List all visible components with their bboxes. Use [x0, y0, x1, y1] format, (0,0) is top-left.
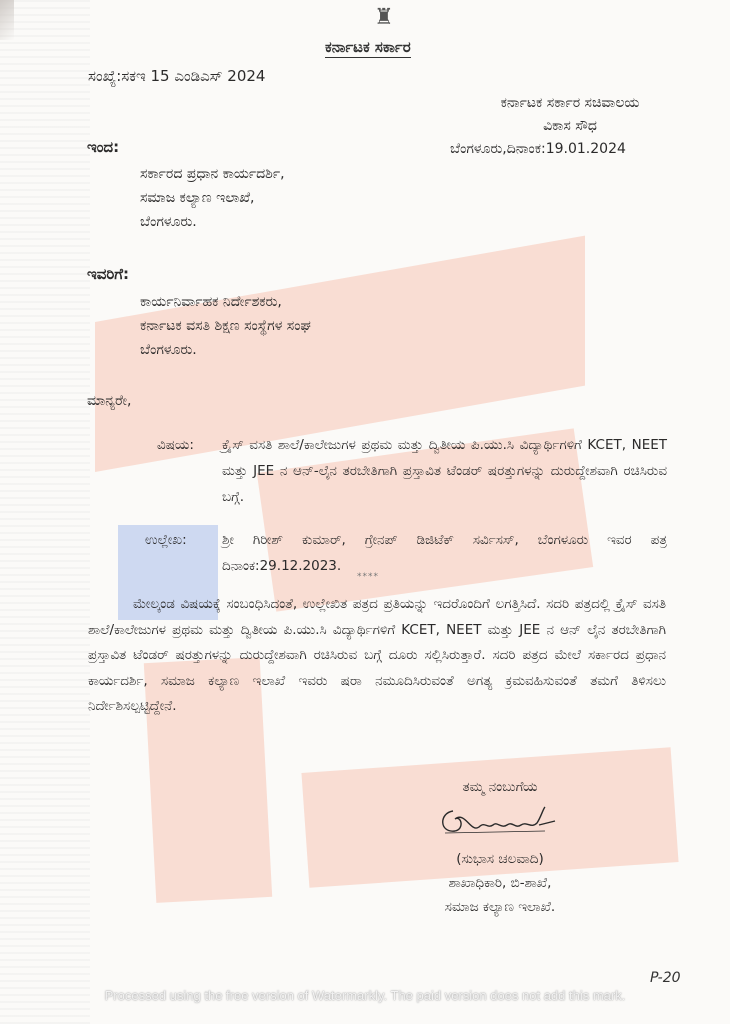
signatory-name: (ಸುಭಾಸ ಚಲವಾದಿ) — [400, 847, 600, 871]
page-corner-shadow — [0, 0, 14, 40]
to-line: ಕರ್ನಾಟಕ ವಸತಿ ಶಿಕ್ಷಣ ಸಂಸ್ಥೆಗಳ ಸಂಘ — [140, 314, 311, 338]
scan-edge-noise — [0, 0, 90, 1024]
reference-text: ಶ್ರೀ ಗಿರೀಶ್ ಕುಮಾರ್, ಗ್ರೇನಪ್ ಡಿಜಿಟೆಕ್ ಸರ್… — [222, 527, 667, 579]
from-label: ಇಂದ: — [87, 138, 119, 156]
to-address: ಕಾರ್ಯನಿರ್ವಾಹಕ ನಿರ್ದೇಶಕರು, ಕರ್ನಾಟಕ ವಸತಿ ಶ… — [140, 290, 311, 362]
watermark-text: Processed using the free version of Wate… — [0, 988, 730, 1003]
section-separator: **** — [357, 572, 379, 582]
from-line: ಸಮಾಜ ಕಲ್ಯಾಣ ಇಲಾಖೆ, — [140, 186, 285, 210]
page-annotation: P-20 — [650, 970, 681, 986]
from-address: ಸರ್ಕಾರದ ಪ್ರಧಾನ ಕಾರ್ಯದರ್ಶಿ, ಸಮಾಜ ಕಲ್ಯಾಣ ಇ… — [140, 162, 285, 234]
from-line: ಬೆಂಗಳೂರು. — [140, 210, 285, 234]
to-line: ಕಾರ್ಯನಿರ್ವಾಹಕ ನಿರ್ದೇಶಕರು, — [140, 290, 311, 314]
office-line-1: ಕರ್ನಾಟಕ ಸರ್ಕಾರ ಸಚಿವಾಲಯ — [450, 92, 690, 115]
letter-page: ♜ ಕರ್ನಾಟಕ ಸರ್ಕಾರ ಸಂಖ್ಯೆ:ಸಕಇ 15 ಎಂಡಿಎಸ್ 2… — [0, 0, 730, 1024]
subject-label: ವಿಷಯ: — [157, 432, 194, 458]
signatory-department: ಸಮಾಜ ಕಲ್ಯಾಣ ಇಲಾಖೆ. — [400, 895, 600, 919]
place-date: ಬೆಂಗಳೂರು,ದಿನಾಂಕ:19.01.2024 — [450, 138, 690, 161]
reference-row: ಉಲ್ಲೇಖ: ಶ್ರೀ ಗಿರೀಶ್ ಕುಮಾರ್, ಗ್ರೇನಪ್ ಡಿಜಿ… — [150, 527, 670, 583]
from-line: ಸರ್ಕಾರದ ಪ್ರಧಾನ ಕಾರ್ಯದರ್ಶಿ, — [140, 162, 285, 186]
signatory-designation: ಶಾಖಾಧಿಕಾರಿ, ಬಿ-ಶಾಖೆ, — [400, 871, 600, 895]
closing-text: ತಮ್ಮ ನಂಬುಗೆಯ — [400, 775, 600, 799]
reference-label: ಉಲ್ಲೇಖ: — [145, 527, 187, 553]
state-emblem-icon: ♜ — [368, 4, 400, 32]
salutation: ಮಾನ್ಯರೇ, — [87, 393, 131, 409]
office-address: ಕರ್ನಾಟಕ ಸರ್ಕಾರ ಸಚಿವಾಲಯ ವಿಕಾಸ ಸೌಧ ಬೆಂಗಳೂರ… — [450, 92, 690, 161]
to-line: ಬೆಂಗಳೂರು. — [140, 338, 311, 362]
handwritten-signature-icon — [435, 803, 565, 839]
signature-block: ತಮ್ಮ ನಂಬುಗೆಯ (ಸುಭಾಸ ಚಲವಾದಿ) ಶಾಖಾಧಿಕಾರಿ, … — [400, 775, 600, 919]
government-title: ಕರ್ನಾಟಕ ಸರ್ಕಾರ — [325, 38, 411, 58]
to-label: ಇವರಿಗೆ: — [87, 265, 129, 283]
body-paragraph: ಮೇಲ್ಕಂಡ ವಿಷಯಕ್ಕೆ ಸಂಬಂಧಿಸಿದಂತೆ, ಉಲ್ಲೇಖಿತ … — [88, 592, 666, 720]
reference-number: ಸಂಖ್ಯೆ:ಸಕಇ 15 ಎಂಡಿಎಸ್ 2024 — [88, 67, 265, 85]
subject-row: ವಿಷಯ: ಕ್ರೈಸ್ ವಸತಿ ಶಾಲೆ/ಕಾಲೇಜುಗಳ ಪ್ರಥಮ ಮತ… — [150, 432, 670, 542]
office-line-2: ವಿಕಾಸ ಸೌಧ — [450, 115, 690, 138]
subject-text: ಕ್ರೈಸ್ ವಸತಿ ಶಾಲೆ/ಕಾಲೇಜುಗಳ ಪ್ರಥಮ ಮತ್ತು ದ್… — [222, 432, 667, 510]
